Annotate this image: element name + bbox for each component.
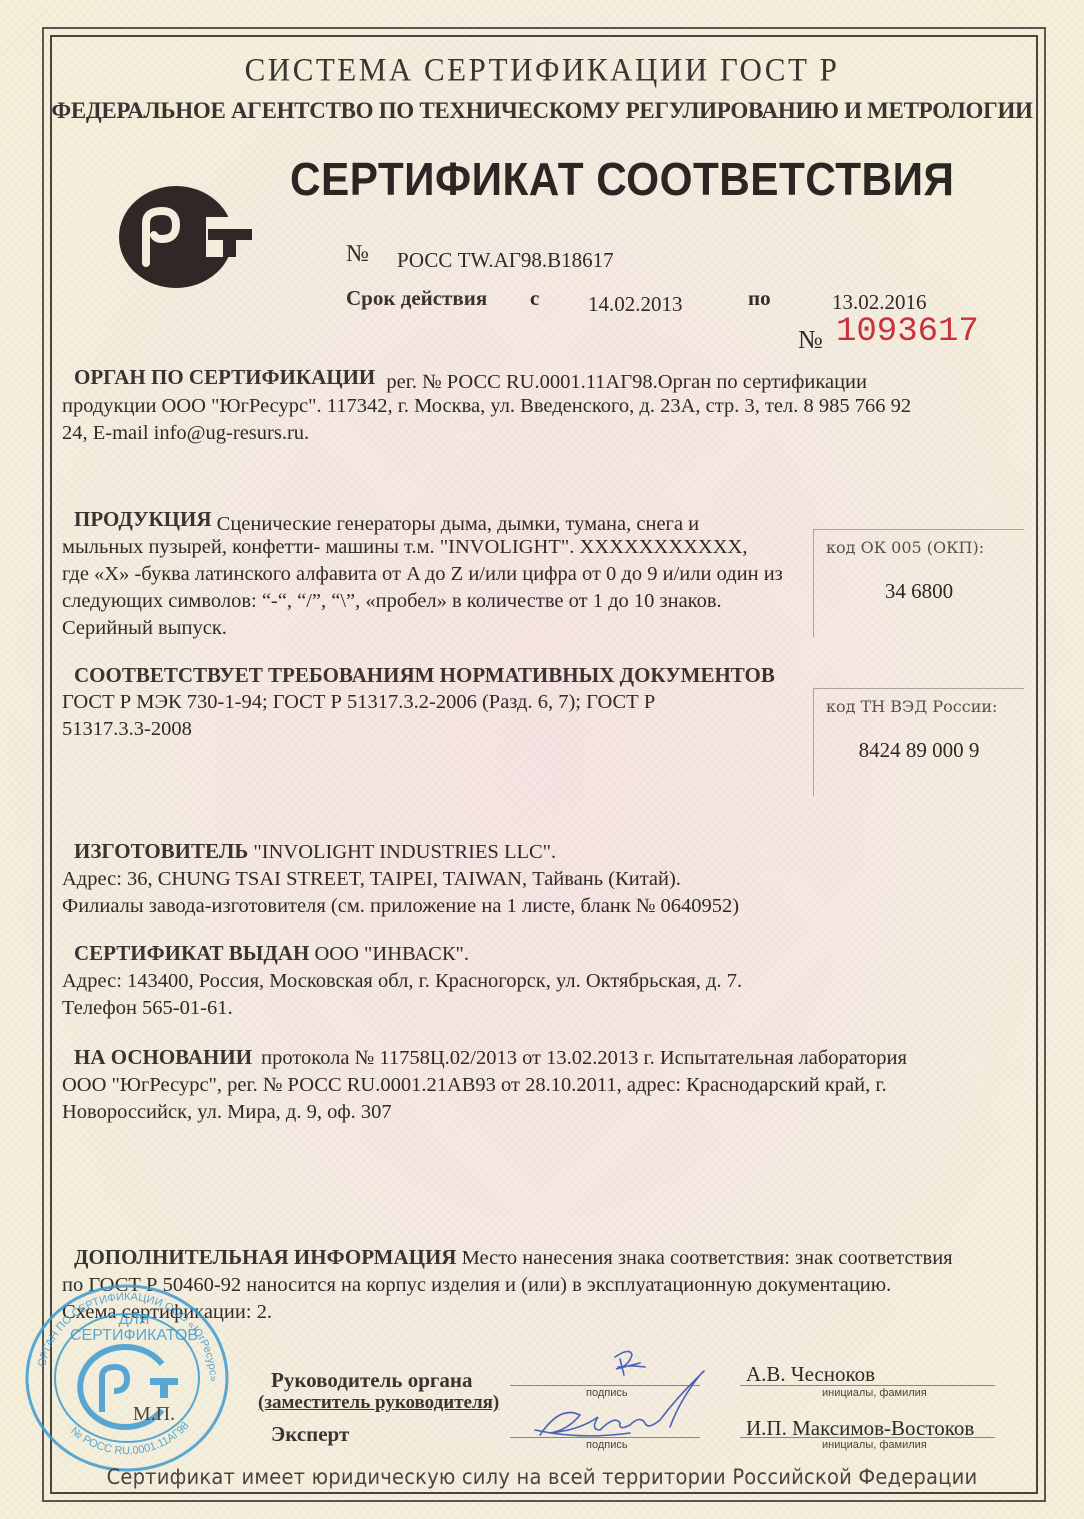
tnved-code-label: код ТН ВЭД России: xyxy=(826,697,1024,716)
issued-to-line: Телефон 565-01-61. xyxy=(62,995,862,1022)
manufacturer-name: "INVOLIGHT INDUSTRIES LLC". xyxy=(253,841,556,863)
issued-to-heading: СЕРТИФИКАТ ВЫДАН xyxy=(74,941,309,965)
basis-line: ООО "ЮгРесурс", рег. № РОСС RU.0001.21АВ… xyxy=(62,1072,1022,1099)
expert-name-line xyxy=(740,1437,995,1438)
certification-body-line: продукции ООО "ЮгРесурс". 117342, г. Мос… xyxy=(62,393,1022,420)
manufacturer-section: ИЗГОТОВИТЕЛЬ "INVOLIGHT INDUSTRIES LLC".… xyxy=(62,838,862,920)
system-title: СИСТЕМА СЕРТИФИКАЦИИ ГОСТ Р xyxy=(0,51,1084,89)
tnved-code-value: 8424 89 000 9 xyxy=(814,738,1024,763)
product-heading: ПРОДУКЦИЯ xyxy=(74,507,212,531)
certification-body-heading: ОРГАН ПО СЕРТИФИКАЦИИ xyxy=(74,365,375,389)
expert-name-caption: инициалы, фамилия xyxy=(822,1439,927,1451)
certification-body-line: рег. № РОСС RU.0001.11АГ98.Орган по серт… xyxy=(386,371,867,393)
document-title: СЕРТИФИКАТ СООТВЕТСТВИЯ xyxy=(290,152,954,206)
handwritten-signatures-icon xyxy=(520,1345,720,1445)
manufacturer-line: Филиалы завода-изготовителя (см. приложе… xyxy=(62,893,862,920)
product-line: следующих символов: “-“, “/”, “\”, «проб… xyxy=(62,588,812,615)
okp-code-box: код ОК 005 (ОКП): 34 6800 xyxy=(813,529,1024,637)
certificate-number: РОСС TW.АГ98.В18617 xyxy=(397,248,614,273)
product-line: мыльных пузырей, конфетти- машины т.м. "… xyxy=(62,534,812,561)
deputy-label: (заместитель руководителя) xyxy=(258,1392,499,1414)
blank-serial-number: 1093617 xyxy=(836,313,979,351)
additional-info-line: Место нанесения знака соответствия: знак… xyxy=(462,1247,953,1269)
certificate-number-label: № xyxy=(346,241,369,268)
valid-from-date: 14.02.2013 xyxy=(588,292,683,317)
product-line: Сценические генераторы дыма, дымки, тума… xyxy=(217,513,700,535)
valid-to-date: 13.02.2016 xyxy=(832,290,927,315)
official-seal-stamp-icon: ОРГАН ПО СЕРТИФИКАЦИИ ООО «ЮгРесурс» № Р… xyxy=(22,1282,232,1472)
product-section: ПРОДУКЦИЯ Сценические генераторы дыма, д… xyxy=(62,506,812,642)
conformity-line: 51317.3.3-2008 xyxy=(62,716,812,743)
conformity-heading: СООТВЕТСТВУЕТ ТРЕБОВАНИЯМ НОРМАТИВНЫХ ДО… xyxy=(74,662,812,689)
tnved-code-box: код ТН ВЭД России: 8424 89 000 9 xyxy=(813,688,1024,796)
validity-to-label: по xyxy=(748,286,771,311)
gost-r-logo-icon xyxy=(118,185,253,290)
issued-to-name: ООО "ИНВАСК". xyxy=(314,943,469,965)
stamp-middle-text: СЕРТИФИКАТОВ xyxy=(70,1327,198,1344)
additional-info-heading: ДОПОЛНИТЕЛЬНАЯ ИНФОРМАЦИЯ xyxy=(74,1245,456,1269)
legal-validity-footer: Сертификат имеет юридическую силу на все… xyxy=(38,1465,1046,1489)
certification-body-line: 24, E-mail info@ug-resurs.ru. xyxy=(62,420,1022,447)
agency-name: ФЕДЕРАЛЬНОЕ АГЕНТСТВО ПО ТЕХНИЧЕСКОМУ РЕ… xyxy=(0,98,1084,124)
blank-number-label: № xyxy=(798,325,823,355)
head-name: А.В. Чесноков xyxy=(746,1362,875,1387)
basis-line: протокола № 11758Ц.02/2013 от 13.02.2013… xyxy=(261,1047,907,1069)
validity-label: Срок действия xyxy=(346,286,487,311)
product-line: Серийный выпуск. xyxy=(62,615,812,642)
okp-code-value: 34 6800 xyxy=(814,579,1024,604)
validity-from-label: с xyxy=(530,286,539,311)
basis-line: Новороссийск, ул. Мира, д. 9, оф. 307 xyxy=(62,1099,1022,1126)
conformity-line: ГОСТ Р МЭК 730-1-94; ГОСТ Р 51317.3.2-20… xyxy=(62,689,812,716)
basis-section: НА ОСНОВАНИИ протокола № 11758Ц.02/2013 … xyxy=(62,1044,1022,1126)
head-name-line xyxy=(740,1385,995,1386)
product-line: где «X» -буква латинского алфавита от A … xyxy=(62,561,812,588)
issued-to-section: СЕРТИФИКАТ ВЫДАН ООО "ИНВАСК". Адрес: 14… xyxy=(62,940,862,1022)
certification-body-section: ОРГАН ПО СЕРТИФИКАЦИИ рег. № РОСС RU.000… xyxy=(62,364,1022,447)
stamp-top-text: ДЛЯ xyxy=(119,1311,150,1328)
head-name-caption: инициалы, фамилия xyxy=(822,1387,927,1399)
manufacturer-heading: ИЗГОТОВИТЕЛЬ xyxy=(74,839,248,863)
okp-code-label: код ОК 005 (ОКП): xyxy=(826,538,1024,557)
conformity-section: СООТВЕТСТВУЕТ ТРЕБОВАНИЯМ НОРМАТИВНЫХ ДО… xyxy=(62,662,812,743)
head-of-body-label: Руководитель органа xyxy=(271,1368,473,1393)
basis-heading: НА ОСНОВАНИИ xyxy=(74,1045,252,1069)
stamp-mp-label: М.П. xyxy=(133,1403,175,1425)
manufacturer-line: Адрес: 36, CHUNG TSAI STREET, TAIPEI, TA… xyxy=(62,866,862,893)
issued-to-line: Адрес: 143400, Россия, Московская обл, г… xyxy=(62,968,862,995)
expert-label: Эксперт xyxy=(271,1422,349,1447)
